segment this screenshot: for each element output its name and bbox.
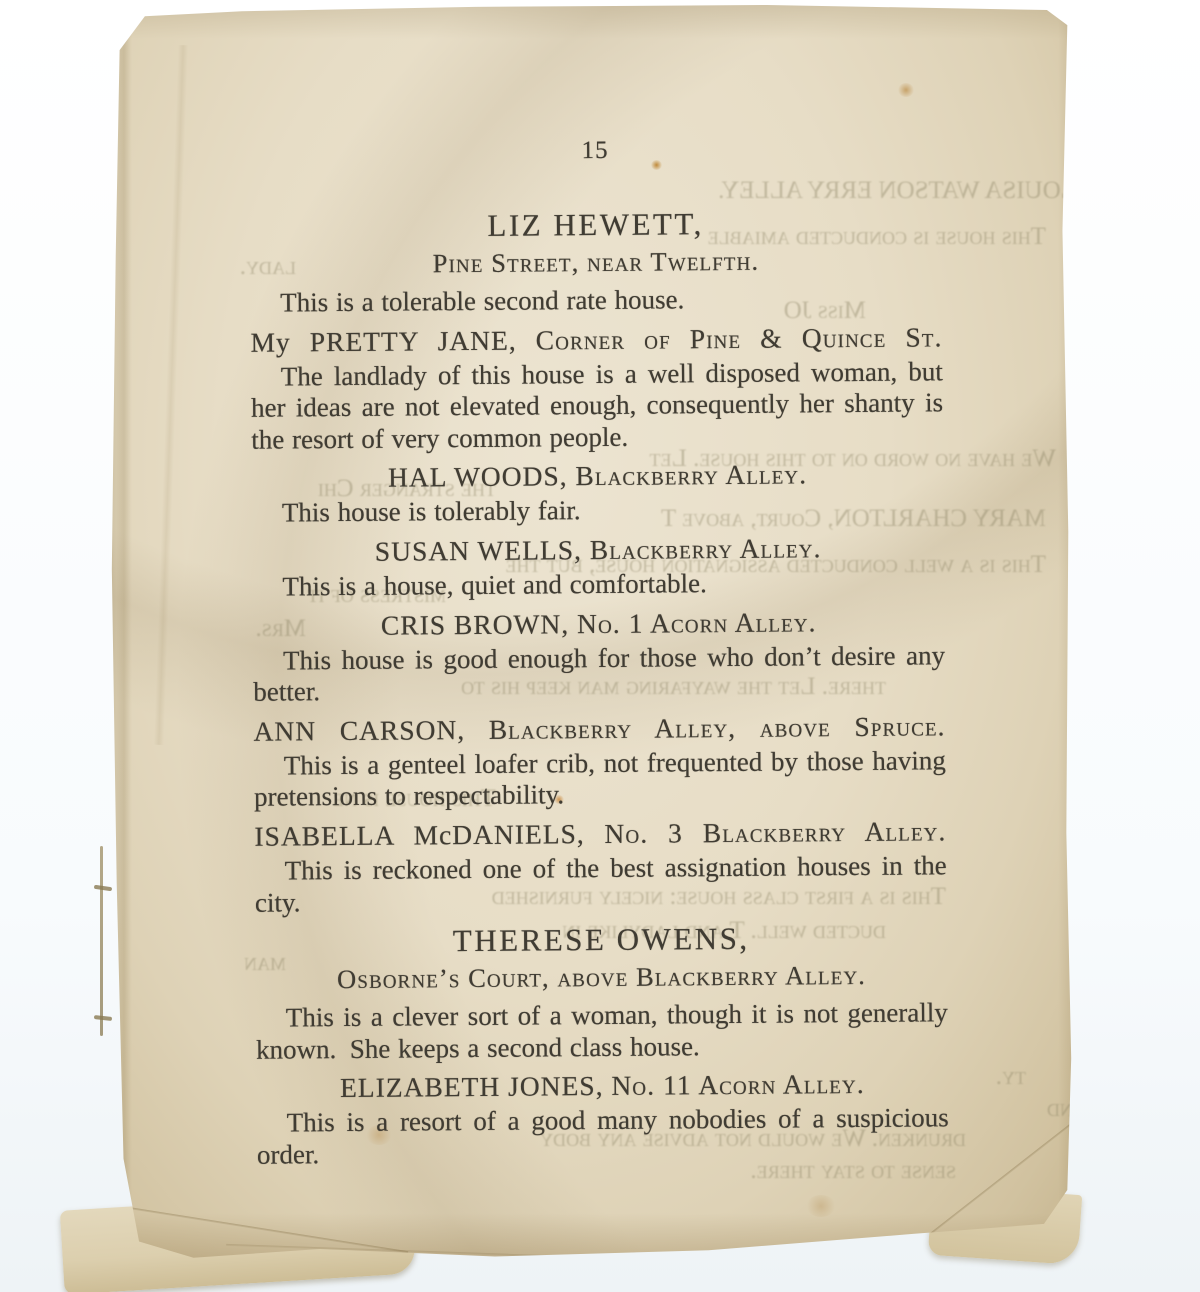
entry-heading: ELIZABETH JONES, No. 11 Acorn Alley. xyxy=(256,1065,948,1107)
entry-name: HAL WOODS, xyxy=(388,461,576,493)
entry-location: No. 1 Acorn Alley. xyxy=(577,606,817,639)
entry-location: Pine Street, near Twelfth. xyxy=(250,242,942,281)
entry-description: This is a resort of a good many nobodies… xyxy=(257,1103,949,1172)
entry-location: Osborne’s Court, above Blackberry Alley. xyxy=(255,957,947,996)
entry-description: This house is tolerably fair. xyxy=(252,493,944,530)
entry-location: No. 3 Blackberry Alley. xyxy=(604,815,946,849)
entry-heading: ISABELLA McDANIELS, No. 3 Blackberry All… xyxy=(254,812,946,854)
binding-stitch xyxy=(94,885,112,891)
binding-thread xyxy=(100,846,103,1036)
entry-heading: CRIS BROWN, No. 1 Acorn Alley. xyxy=(253,602,945,644)
entry-description: The landlady of this house is a well dis… xyxy=(251,356,944,456)
entry-description: This house is good enough for those who … xyxy=(253,640,945,709)
entry-name: ELIZABETH JONES, xyxy=(340,1070,612,1103)
entry-name: LIZ HEWETT, xyxy=(249,202,941,247)
scanned-page-photo: LOUISA WATSON ERRY ALLEY.This house is c… xyxy=(0,0,1200,1292)
entry-name: SUSAN WELLS, xyxy=(375,534,590,567)
entry-location: Blackberry Alley. xyxy=(575,459,807,492)
binding-stitch xyxy=(94,1015,112,1021)
entry-description: This is a genteel loafer crib, not frequ… xyxy=(254,745,946,814)
entry-description: This is a tolerable second rate house. xyxy=(250,282,942,319)
page-sheet: LOUISA WATSON ERRY ALLEY.This house is c… xyxy=(106,5,1078,1259)
stain xyxy=(806,1195,836,1217)
entry-name: My PRETTY JANE, xyxy=(250,324,535,357)
entry-description: This is a clever sort of a woman, though… xyxy=(256,997,948,1066)
entry-heading: HAL WOODS, Blackberry Alley. xyxy=(251,455,943,497)
entry-heading: SUSAN WELLS, Blackberry Alley. xyxy=(252,528,944,570)
entry-heading: ANN CARSON, Blackberry Alley, above Spru… xyxy=(253,707,945,749)
entry-heading: My PRETTY JANE, Corner of Pine & Quince … xyxy=(250,318,942,360)
entry-location: Corner of Pine & Quince St. xyxy=(536,321,943,355)
crease xyxy=(154,45,188,745)
entry-location: No. 11 Acorn Alley. xyxy=(611,1068,865,1101)
entry-name: ISABELLA McDANIELS, xyxy=(254,818,604,852)
entry-description: This is reckoned one of the best assigna… xyxy=(255,850,947,919)
entry-description: This is a house, quiet and comfortable. xyxy=(252,566,944,603)
entry-location: Blackberry Alley. xyxy=(590,532,822,565)
entry-name: ANN CARSON, xyxy=(253,714,488,747)
stain xyxy=(898,83,914,97)
entry-name: THERESE OWENS, xyxy=(255,917,947,962)
entry-location: Blackberry Alley, above Spruce. xyxy=(489,710,946,745)
printed-text-column: 15 LIZ HEWETT,Pine Street, near Twelfth.… xyxy=(249,134,949,1175)
entry-name: CRIS BROWN, xyxy=(381,608,577,641)
page-number: 15 xyxy=(249,134,941,167)
crease xyxy=(116,5,132,1259)
